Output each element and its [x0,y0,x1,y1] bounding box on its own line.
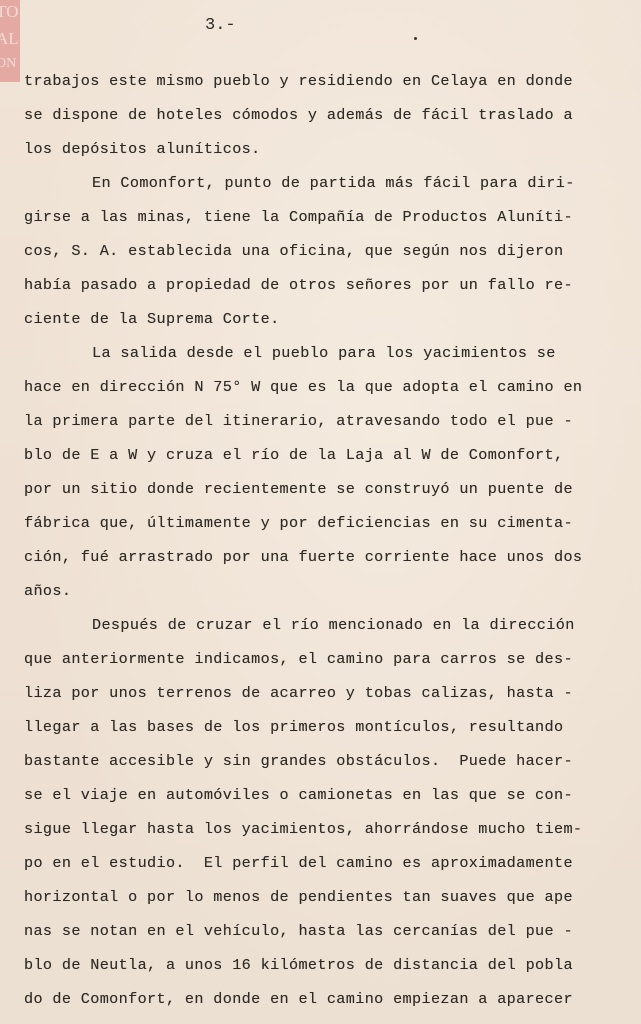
stamp-line: AL [0,29,19,49]
text-line: nas se notan en el vehículo, hasta las c… [24,914,624,948]
text-line: había pasado a propiedad de otros señore… [24,268,624,302]
text-line: blo de E a W y cruza el río de la Laja a… [24,438,624,472]
stamp-line: TO [0,2,18,22]
stamp-line: ON [0,56,16,72]
text-line: los depósitos aluníticos. [24,132,624,166]
text-line: sigue llegar hasta los yacimientos, ahor… [24,812,624,846]
text-line: años. [24,574,624,608]
ink-speck [414,37,417,40]
text-line: trabajos este mismo pueblo y residiendo … [24,64,624,98]
text-line: Después de cruzar el río mencionado en l… [24,608,624,642]
body-text: trabajos este mismo pueblo y residiendo … [24,64,624,1016]
text-line: do de Comonfort, en donde en el camino e… [24,982,624,1016]
text-line: bastante accesible y sin grandes obstácu… [24,744,624,778]
text-line: La salida desde el pueblo para los yacim… [24,336,624,370]
page-number: 3.- [205,16,236,35]
archive-stamp: TO AL ON [0,0,20,82]
document-page: TO AL ON 3.- trabajos este mismo pueblo … [0,0,641,1024]
text-line: liza por unos terrenos de acarreo y toba… [24,676,624,710]
text-line: que anteriormente indicamos, el camino p… [24,642,624,676]
text-line: horizontal o por lo menos de pendientes … [24,880,624,914]
text-line: po en el estudio. El perfil del camino e… [24,846,624,880]
text-line: cos, S. A. establecida una oficina, que … [24,234,624,268]
text-line: se el viaje en automóviles o camionetas … [24,778,624,812]
text-line: blo de Neutla, a unos 16 kilómetros de d… [24,948,624,982]
text-line: por un sitio donde recientemente se cons… [24,472,624,506]
text-line: ciente de la Suprema Corte. [24,302,624,336]
text-line: la primera parte del itinerario, atraves… [24,404,624,438]
text-line: se dispone de hoteles cómodos y además d… [24,98,624,132]
text-line: llegar a las bases de los primeros montí… [24,710,624,744]
text-line: fábrica que, últimamente y por deficienc… [24,506,624,540]
text-line: hace en dirección N 75° W que es la que … [24,370,624,404]
text-line: girse a las minas, tiene la Compañía de … [24,200,624,234]
text-line: ción, fué arrastrado por una fuerte corr… [24,540,624,574]
text-line: En Comonfort, punto de partida más fácil… [24,166,624,200]
